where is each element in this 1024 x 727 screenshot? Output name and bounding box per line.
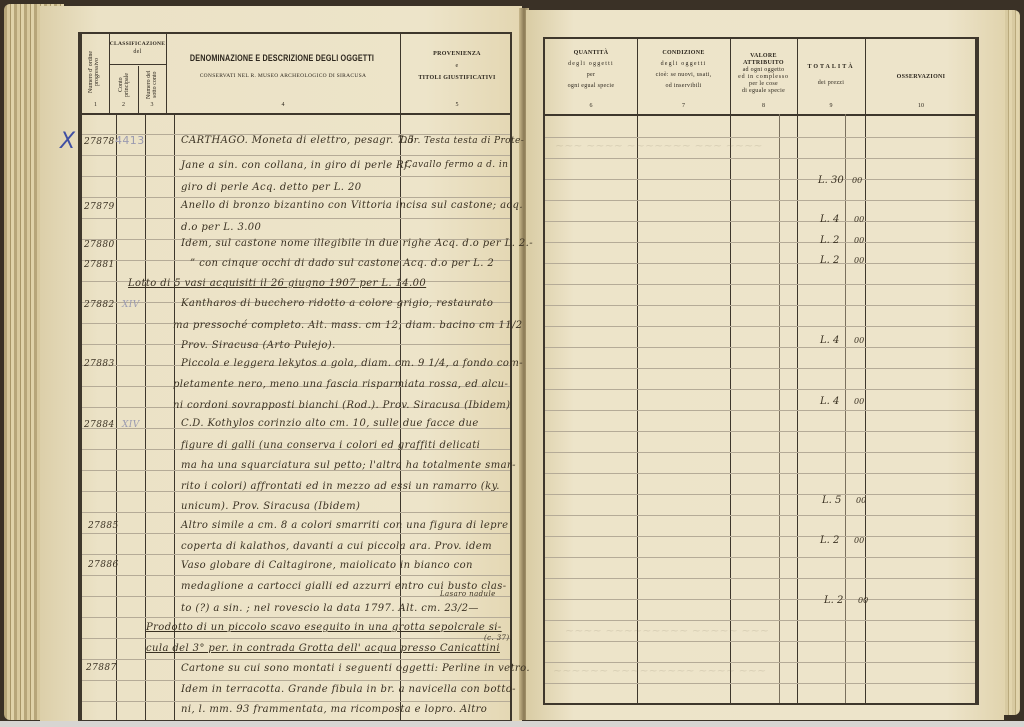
entry-line: Piccola e leggera lekytos a gola, diam. … [181,358,523,369]
header-col2-label: Conto principale [118,70,130,100]
entry-number: 27883 [84,359,115,369]
entry-number: 27880 [84,240,115,250]
entry-number: 27885 [88,521,119,531]
entry-number: 27882 [84,300,115,310]
total-price: L. 200 [820,535,839,546]
col-number-1: 1 [82,102,109,108]
entry-provenance: Ddr. Testa testa di Prote- [400,136,524,146]
header-col10: OSSERVAZIONI [865,73,977,81]
col-number-6: 6 [545,103,637,109]
entry-line: ” con cinque occhi di dado sul castone A… [190,258,494,269]
total-price: L. 400 [820,335,839,346]
entry-number: 27884 [84,420,115,430]
header-col9: TOTALITÀ dei prezzi [797,63,865,87]
entry-number: 27886 [88,560,119,570]
col-number-4: 4 [166,102,400,108]
entry-number: 27881 [84,260,115,270]
col-number-7: 7 [637,103,730,109]
col-number-10: 10 [865,103,977,109]
total-price: L. 200 [820,255,839,266]
header-col6: QUANTITÀ degli oggetti per ogni egual sp… [545,49,637,90]
entry-line: coperta di kalathos, davanti a cui picco… [181,541,492,552]
entry-class: XIV [122,420,140,430]
bleed-through-text: ~~~~ ~~~~~~~~~ ~~~~~ ~~~ [565,624,769,637]
entry-line: giro di perle Acq. detto per L. 20 [181,182,362,193]
col-number-9: 9 [797,103,865,109]
entry-line: ni, l. mm. 93 frammentata, ma ricomposta… [181,704,487,715]
header-col1-label: Numero d' ordine progressivo [88,42,102,102]
header-col4-title: DENOMINAZIONE E DESCRIZIONE DEGLI OGGETT… [178,54,386,62]
total-price: L. 3000 [818,175,844,186]
entry-provenance: Cavallo fermo a d. in [405,160,508,170]
entry-line: unicum). Prov. Siracusa (Ibidem) [181,501,360,512]
scan-background-strip [0,721,1024,727]
entry-line: ni cordoni sovrapposti bianchi (Rod.). P… [173,400,510,411]
header-col8: VALORE ATTRIBUITO ad ogni oggetto ed in … [730,53,797,95]
entry-line: Cartone su cui sono montati i seguenti o… [181,663,530,674]
left-table-header: Numero d' ordine progressivo CLASSIFICAZ… [82,34,510,115]
entry-line: Kantharos di bucchero ridotto a colore g… [181,298,493,309]
header-col4-subtitle: CONSERVATI NEL R. MUSEO ARCHEOLOGICO DI … [166,72,400,80]
col-number-5: 5 [400,102,514,108]
entry-note: Lasaro nadule [440,590,496,598]
header-col7: CONDIZIONE degli oggetti cioè: se nuovi,… [637,49,730,90]
header-col5-and: e [400,62,514,70]
entry-line: Altro simile a cm. 8 a colori smarriti c… [181,520,508,531]
total-price: L. 200 [820,235,839,246]
header-col5-title: PROVENIENZA [400,50,514,58]
header-classification-label: CLASSIFICAZIONE [109,40,166,48]
entry-line: ma ha una squarciatura sul petto; l'altr… [181,460,516,471]
entry-number: 27879 [84,202,115,212]
entry-line: d.o per L. 3.00 [181,222,261,233]
total-price: L. 200 [824,595,843,606]
right-ledger-table: QUANTITÀ degli oggetti per ogni egual sp… [543,37,979,705]
excavation-note: (c. 37). [484,634,512,642]
header-col5-subtitle: TITOLI GIUSTIFICATIVI [400,74,514,82]
entry-line: C.D. Kothylos corinzio alto cm. 10, sull… [181,418,479,429]
right-table-header: QUANTITÀ degli oggetti per ogni egual sp… [545,39,975,116]
entry-line: rito i colori) affrontati ed in mezzo ad… [181,481,500,492]
col-number-8: 8 [730,103,797,109]
bleed-through-text: ~~~ ~~~~ ~~~~~~~ ~~~ ~~~~ [555,139,763,152]
entry-line: Anello di bronzo bizantino con Vittoria … [181,200,523,211]
entry-line: Jane a sin. con collana, in giro di perl… [181,160,411,171]
blue-x-mark: X [60,129,75,154]
total-price: L. 400 [820,214,839,225]
entry-number: 27878 [84,137,115,147]
entry-line: Idem, sul castone nome illegibile in due… [181,238,533,249]
entry-line: figure di galli (una conserva i colori e… [181,440,480,451]
open-ledger-book: Numero d' ordine progressivo CLASSIFICAZ… [0,0,1024,727]
lot-purchase-line: Lotto di 5 vasi acquisiti il 26 giugno 1… [128,278,426,289]
bleed-through-text: ~~~~~~ ~~~~~~~~~ ~~~~ ~~~ [553,664,766,677]
total-price: L. 500 [822,495,841,506]
header-col3-label: Numero del sotto conto [146,70,158,100]
entry-number: 27887 [86,663,117,673]
entry-line: Prov. Siracusa (Arto Pulejo). [181,340,336,351]
entry-line: CARTHAGO. Moneta di elettro, pesagr. 7.5 [181,135,414,146]
excavation-line-1: Prodotto di un piccolo scavo eseguito in… [146,622,502,633]
entry-line: ma pressoché completo. Alt. mass. cm 12,… [173,320,523,331]
entry-line: Vaso globare di Caltagirone, maiolicato … [181,560,473,571]
entry-class: XIV [122,300,140,310]
entry-line: Idem in terracotta. Grande fibula in br.… [181,684,516,695]
entry-line: pletamente nero, meno una fascia risparm… [173,379,508,390]
entry-class: 4413 [115,134,145,147]
total-price: L. 400 [820,396,839,407]
col-number-3: 3 [138,102,166,108]
col-number-2: 2 [109,102,138,108]
header-classification-sub: del [109,48,166,56]
entry-line: to (?) a sin. ; nel rovescio la data 179… [181,603,479,614]
excavation-line-2: cula del 3° per. in contrada Grotta dell… [146,643,500,654]
